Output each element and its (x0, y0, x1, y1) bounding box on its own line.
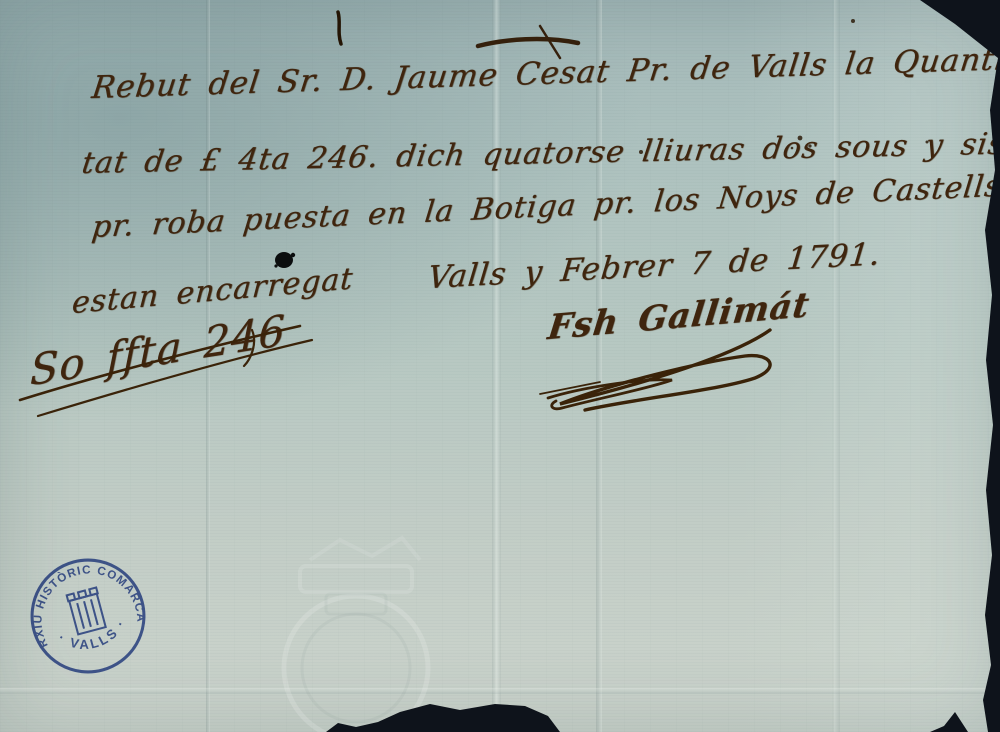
handwriting-line-4: estan encarregat (71, 261, 355, 321)
archive-stamp: ARXIU HISTÒRIC COMARCAL · VALLS · (15, 543, 162, 690)
fold-crease (492, 0, 501, 732)
stamp-text-bottom: · VALLS · (53, 613, 134, 660)
document-paper: Rebut del Sr. D. Jaume Cesat Pr. de Vall… (0, 0, 1000, 732)
handwriting-line-1: Rebut del Sr. D. Jaume Cesat Pr. de Vall… (90, 41, 1000, 106)
fold-crease (834, 0, 840, 732)
photo-backdrop: Rebut del Sr. D. Jaume Cesat Pr. de Vall… (0, 0, 1000, 732)
fold-crease (596, 0, 602, 732)
cross-mark (478, 26, 578, 58)
stray-ink-mark (338, 12, 341, 44)
docket-note: So ffta 246 (30, 305, 287, 395)
handwriting-dateline: Valls y Febrer 7 de 1791. (426, 236, 882, 296)
horizontal-crease (0, 688, 988, 694)
corner-fold-stroke (946, 12, 992, 38)
signature: Fsh Gallimát (546, 285, 812, 348)
tower-icon (67, 587, 107, 634)
handwriting-line-2: tat de £ 4ta 246. dich quatorse lliuras … (80, 124, 1000, 181)
watermark-emboss (284, 538, 428, 732)
archive-stamp-graphic: ARXIU HISTÒRIC COMARCAL · VALLS · (15, 543, 162, 690)
